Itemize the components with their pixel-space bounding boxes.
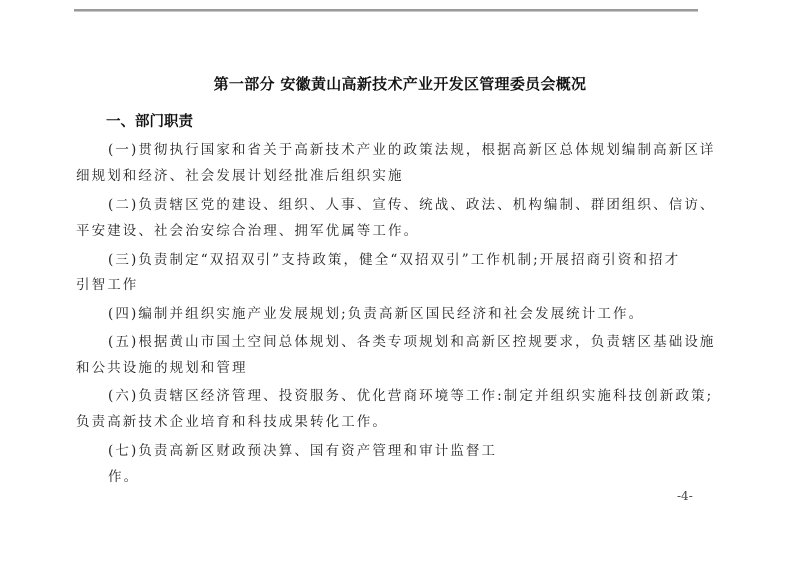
page-title: 第一部分 安徽黄山高新技术产业开发区管理委员会概况	[0, 73, 800, 94]
paragraph-1-line-1: (一)贯彻执行国家和省关于高新技术产业的政策法规，根据高新区总体规划编制高新区详	[108, 138, 716, 158]
paragraph-2-line-1: (二)负责辖区党的建设、组织、人事、宣传、统战、政法、机构编制、群团组织、信访、	[108, 193, 716, 213]
page-number: -4-	[677, 489, 693, 503]
paragraph-7-line-1: (七)负责高新区财政预决算、国有资产管理和审计监督工	[108, 439, 497, 459]
paragraph-1-line-2: 细规划和经济、社会发展计划经批准后组织实施	[76, 164, 404, 184]
paragraph-3-line-1: (三)负责制定“双招双引”支持政策，健全“双招双引”工作机制;开展招商引资和招才	[108, 248, 680, 268]
header-rule	[74, 9, 698, 12]
paragraph-4-line-1: (四)编制并组织实施产业发展规划;负责高新区国民经济和社会发展统计工作。	[108, 302, 644, 322]
paragraph-2-line-2: 平安建设、社会治安综合治理、拥军优属等工作。	[76, 219, 419, 239]
paragraph-5-line-2: 和公共设施的规划和管理	[76, 356, 248, 376]
paragraph-6-line-2: 负责高新技术企业培育和科技成果转化工作。	[76, 410, 388, 430]
paragraph-6-line-1: (六)负责辖区经济管理、投资服务、优化营商环境等工作:制定并组织实施科技创新政策…	[108, 384, 713, 404]
paragraph-3-line-2: 引智工作	[76, 273, 138, 293]
paragraph-7-line-2: 作。	[108, 465, 139, 485]
section-heading: 一、部门职责	[106, 110, 193, 131]
paragraph-5-line-1: (五)根据黄山市国土空间总体规划、各类专项规划和高新区控规要求，负责辖区基础设施	[108, 330, 716, 350]
